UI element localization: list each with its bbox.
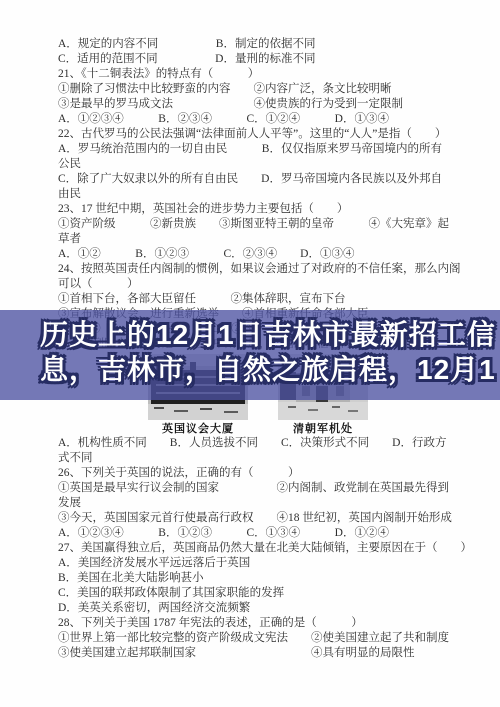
banner-title-line2: 息，吉林市，自然之旅启程，12月1	[0, 352, 500, 387]
doc-line: D．美英关系密切，两国经济交流频繁	[58, 601, 474, 616]
doc-line: ③是最早的罗马成文法 ④使贵族的行为受到一定限制	[58, 97, 474, 112]
doc-line: A．规定的内容不同 B．制定的依据不同	[58, 37, 474, 52]
doc-line: 草者	[58, 232, 474, 247]
exam-scan-page: A．规定的内容不同 B．制定的依据不同 C．适用的范围不同 D．量刑的标准不同 …	[0, 0, 500, 707]
doc-line: ①资产阶级 ②新贵族 ③斯图亚特王朝的皇帝 ④《大宪章》起	[58, 217, 474, 232]
doc-line: 21、《十二铜表法》的特点有（ ）	[58, 67, 474, 82]
doc-line: ①首相下台，各部大臣留任 ②集体辞职，宣布下台	[58, 292, 474, 307]
doc-line: 23、17 世纪中期，英国社会的进步势力主要包括（ ）	[58, 202, 474, 217]
doc-line: C．美国的联邦政体限制了其国家职能的发挥	[58, 586, 474, 601]
doc-line: ③使美国建立起邦联制国家 ④具有明显的局限性	[58, 646, 474, 661]
doc-line: A．美国经济发展水平远远落后于英国	[58, 556, 474, 571]
doc-line: ①删除了习惯法中比较野蛮的内容 ②内容广泛，条文比较明晰	[58, 82, 474, 97]
figure-caption-uk-parliament: 英国议会大厦	[148, 422, 248, 437]
doc-line: 27、美国赢得独立后，英国商品仍然大量在北美大陆倾销，主要原因在于（ ）	[58, 541, 474, 556]
doc-line: C．适用的范围不同 D．量刑的标准不同	[58, 52, 474, 67]
banner-title-line1: 历史上的12月1日吉林市最新招工信	[0, 317, 500, 352]
figure-caption-qing-office: 清朝军机处	[278, 422, 368, 437]
doc-line: ①英国是最早实行议会制的国家 ②内阁制、政党制在英国最先得到	[58, 481, 474, 496]
doc-line: ①世界上第一部比较完整的资产阶级成文宪法 ②使美国建立起了共和制度	[58, 631, 474, 646]
doc-line: 式不同	[58, 451, 474, 466]
doc-line: 发展	[58, 496, 474, 511]
doc-line: 24、按照英国责任内阁制的惯例，如果议会通过了对政府的不信任案，那么内阁	[58, 262, 474, 277]
doc-line: C．除了广大奴隶以外的所有自由民 D．罗马帝国境内各民族以及外邦自	[58, 172, 474, 187]
title-banner-overlay: 历史上的12月1日吉林市最新招工信 息，吉林市，自然之旅启程，12月1	[0, 310, 500, 400]
doc-line: 26、下列关于英国的说法，正确的有（ ）	[58, 466, 474, 481]
doc-line: 可以（ ）	[58, 277, 474, 292]
doc-line: A．①②③④ B．②③④ C．①②④ D．①③④	[58, 112, 474, 127]
doc-line: 28、下列关于美国 1787 年宪法的表述，正确的是（ ）	[58, 616, 474, 631]
doc-line: ③今天，英国国家元首行使最高行政权 ④18 世纪初，英国内阁制开始形成	[58, 511, 474, 526]
doc-line: 22、古代罗马的公民法强调“法律面前人人平等”。这里的“人人”是指（ ）	[58, 127, 474, 142]
doc-line: 由民	[58, 187, 474, 202]
doc-line: A．①② B．①②③ C．②③④ D．①③④	[58, 247, 474, 262]
doc-line: A．机构性质不同 B．人员选拔不同 C．决策形式不同 D．行政方	[58, 436, 474, 451]
doc-line: A．罗马统治范围内的一切自由民 B．仅仅指原来罗马帝国境内的所有	[58, 142, 474, 157]
doc-line: B．美国在北美大陆影响甚小	[58, 571, 474, 586]
doc-line: 公民	[58, 157, 474, 172]
doc-line: A．①②③④ B．①②③ C．①③④ D．①②④	[58, 526, 474, 541]
